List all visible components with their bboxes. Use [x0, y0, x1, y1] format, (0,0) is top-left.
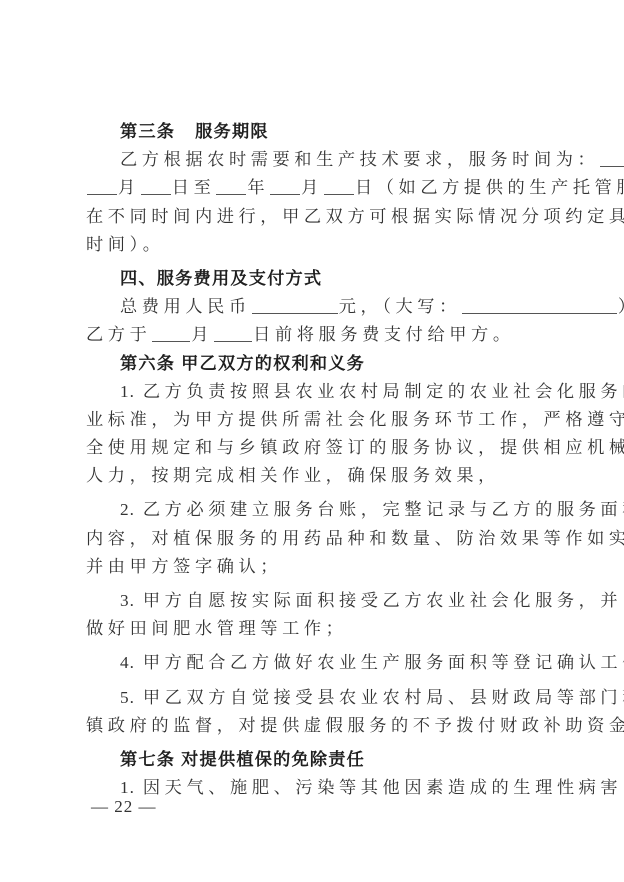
item-number: 2. — [120, 500, 135, 519]
section-3-heading: 第三条服务期限 — [86, 118, 548, 146]
text: 年 — [247, 178, 269, 198]
text: 乙方负责按照县农业农村局制定的农业社会化服务的作 — [143, 382, 624, 402]
blank-pay-day-field[interactable] — [214, 323, 252, 342]
article-title: 甲乙双方的权利和义务 — [181, 354, 365, 374]
blank-month-field[interactable] — [87, 176, 117, 195]
text: 甲方配合乙方做好农业生产服务面积等登记确认工作； — [143, 653, 624, 673]
text: 乙方必须建立服务台账，完整记录与乙方的服务面积和 — [143, 500, 624, 520]
text: 月 — [301, 178, 323, 198]
blank-month-field[interactable] — [270, 176, 300, 195]
blank-year-field[interactable] — [600, 148, 624, 167]
article-title: 对提供植保的免除责任 — [181, 750, 365, 770]
blank-fee-amount-field[interactable] — [252, 295, 338, 314]
paragraph-line: 内容，对植保服务的用药品种和数量、防治效果等作如实记录， — [86, 525, 548, 553]
text: 月 — [191, 325, 213, 345]
section-4-heading: 四、服务费用及支付方式 — [86, 265, 548, 293]
page-number: — 22 — — [91, 797, 157, 817]
text: 日至 — [172, 178, 216, 198]
paragraph-line: 人力，按期完成相关作业，确保服务效果， — [86, 462, 548, 490]
list-item-1: 1.乙方负责按照县农业农村局制定的农业社会化服务的作 — [86, 378, 548, 406]
paragraph-line: 总费用人民币元，（大写：）。 — [86, 293, 548, 321]
blank-day-field[interactable] — [324, 176, 354, 195]
item-number: 5. — [120, 688, 135, 707]
text: 甲方自愿按实际面积接受乙方农业社会化服务，并自行 — [143, 591, 624, 611]
item-number: 3. — [120, 591, 135, 610]
article-number: 第七条 — [120, 750, 175, 770]
list-item-3: 3.甲方自愿按实际面积接受乙方农业社会化服务，并自行 — [86, 587, 548, 615]
paragraph-line: 全使用规定和与乡镇政府签订的服务协议，提供相应机械设备和 — [86, 434, 548, 462]
item-number: 1. — [120, 382, 135, 401]
blank-pay-month-field[interactable] — [152, 323, 190, 342]
list-item-5: 5.甲乙双方自觉接受县农业农村局、县财政局等部门和乡 — [86, 684, 548, 712]
paragraph-line: 业标准，为甲方提供所需社会化服务环节工作，严格遵守农药安 — [86, 406, 548, 434]
text: 甲乙双方自觉接受县农业农村局、县财政局等部门和乡 — [143, 688, 624, 708]
text: 乙方于 — [86, 325, 151, 345]
paragraph-line: 时间）。 — [86, 231, 548, 259]
blank-fee-uppercase-field[interactable] — [462, 295, 617, 314]
paragraph-line: 镇政府的监督，对提供虚假服务的不予拨付财政补助资金。 — [86, 712, 548, 740]
item-number: 1. — [120, 778, 135, 797]
paragraph-line: 乙方根据农时需要和生产技术要求，服务时间为：年 — [86, 146, 548, 174]
paragraph-line: 月日至年月日（如乙方提供的生产托管服务需 — [86, 174, 548, 202]
text: 日（如乙方提供的生产托管服务需 — [355, 178, 624, 198]
list-item-2: 2.乙方必须建立服务台账，完整记录与乙方的服务面积和 — [86, 496, 548, 524]
article-number: 第六条 — [120, 354, 175, 374]
item-number: 4. — [120, 653, 135, 672]
section-7-heading: 第七条对提供植保的免除责任 — [86, 746, 548, 774]
paragraph-line: 做好田间肥水管理等工作； — [86, 615, 548, 643]
text: 月 — [118, 178, 140, 198]
paragraph-line: 在不同时间内进行，甲乙双方可根据实际情况分项约定具体服务 — [86, 203, 548, 231]
text: ）。 — [618, 297, 624, 317]
paragraph-line: 并由甲方签字确认； — [86, 553, 548, 581]
text: 乙方根据农时需要和生产技术要求，服务时间为： — [120, 150, 599, 170]
paragraph-line: 乙方于月日前将服务费支付给甲方。 — [86, 321, 548, 349]
article-title: 服务期限 — [195, 122, 269, 142]
article-number: 第三条 — [120, 122, 175, 142]
text: 因天气、施肥、污染等其他因素造成的生理性病害； — [143, 778, 624, 798]
text: 总费用人民币 — [120, 297, 251, 317]
blank-day-field[interactable] — [141, 176, 171, 195]
list-item-4: 4.甲方配合乙方做好农业生产服务面积等登记确认工作； — [86, 649, 548, 677]
text: 元，（大写： — [339, 297, 461, 317]
section-6-heading: 第六条甲乙双方的权利和义务 — [86, 350, 548, 378]
text: 日前将服务费支付给甲方。 — [253, 325, 514, 345]
blank-year-field[interactable] — [216, 176, 246, 195]
document-page: 第三条服务期限 乙方根据农时需要和生产技术要求，服务时间为：年 月日至年月日（如… — [86, 118, 548, 802]
